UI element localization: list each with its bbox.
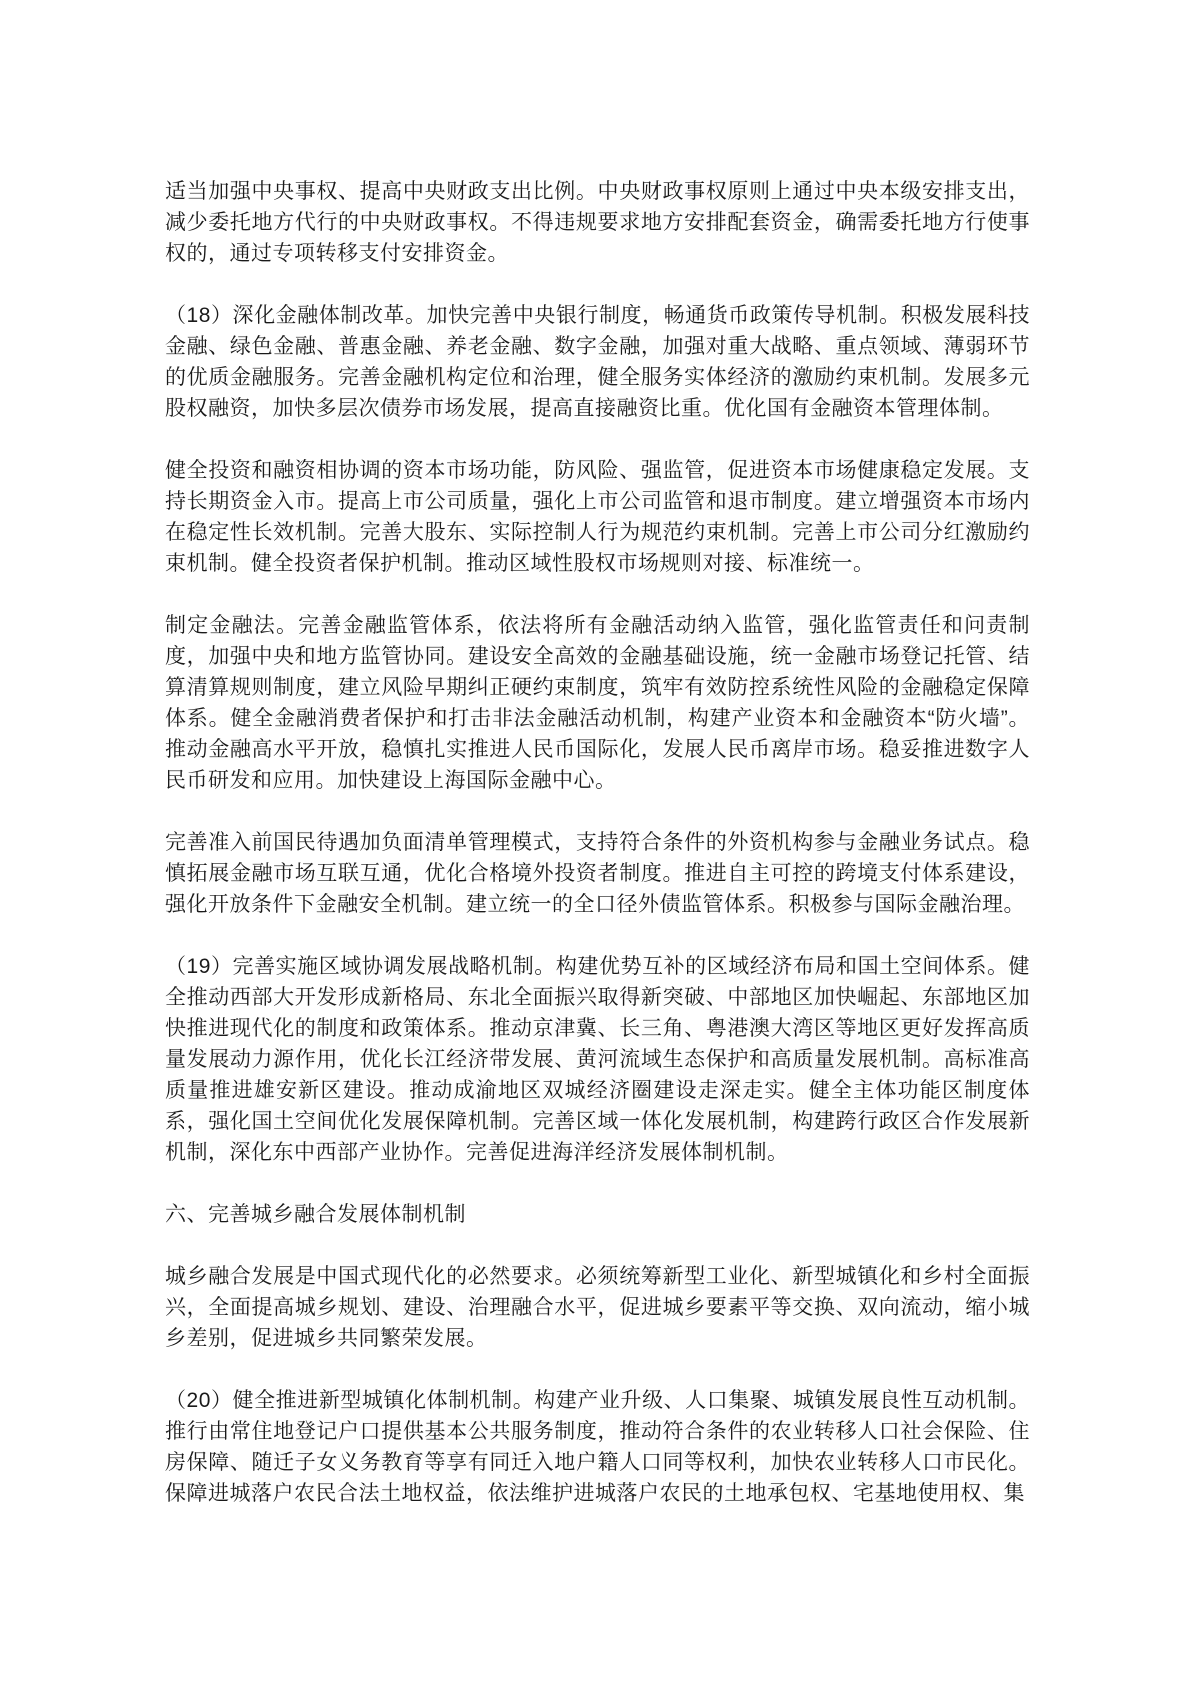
paragraph-negative-list-opening: 完善准入前国民待遇加负面清单管理模式，支持符合条件的外资机构参与金融业务试点。稳… [165, 827, 1030, 920]
paragraph-18-financial-system-reform: （18）深化金融体制改革。加快完善中央银行制度，畅通货币政策传导机制。积极发展科… [165, 300, 1030, 424]
section-heading-6-urban-rural-integration: 六、完善城乡融合发展体制机制 [165, 1199, 1030, 1230]
document-page: 适当加强中央事权、提高中央财政支出比例。中央财政事权原则上通过中央本级安排支出，… [0, 0, 1191, 1684]
paragraph-20-new-urbanization: （20）健全推进新型城镇化体制机制。构建产业升级、人口集聚、城镇发展良性互动机制… [165, 1385, 1030, 1509]
paragraph-urban-rural-integration-intro: 城乡融合发展是中国式现代化的必然要求。必须统筹新型工业化、新型城镇化和乡村全面振… [165, 1261, 1030, 1354]
paragraph-19-regional-coordinated-development: （19）完善实施区域协调发展战略机制。构建优势互补的区域经济布局和国土空间体系。… [165, 951, 1030, 1168]
paragraph-central-fiscal-powers: 适当加强中央事权、提高中央财政支出比例。中央财政事权原则上通过中央本级安排支出，… [165, 176, 1030, 269]
paragraph-capital-market: 健全投资和融资相协调的资本市场功能，防风险、强监管，促进资本市场健康稳定发展。支… [165, 455, 1030, 579]
paragraph-financial-law: 制定金融法。完善金融监管体系，依法将所有金融活动纳入监管，强化监管责任和问责制度… [165, 610, 1030, 796]
